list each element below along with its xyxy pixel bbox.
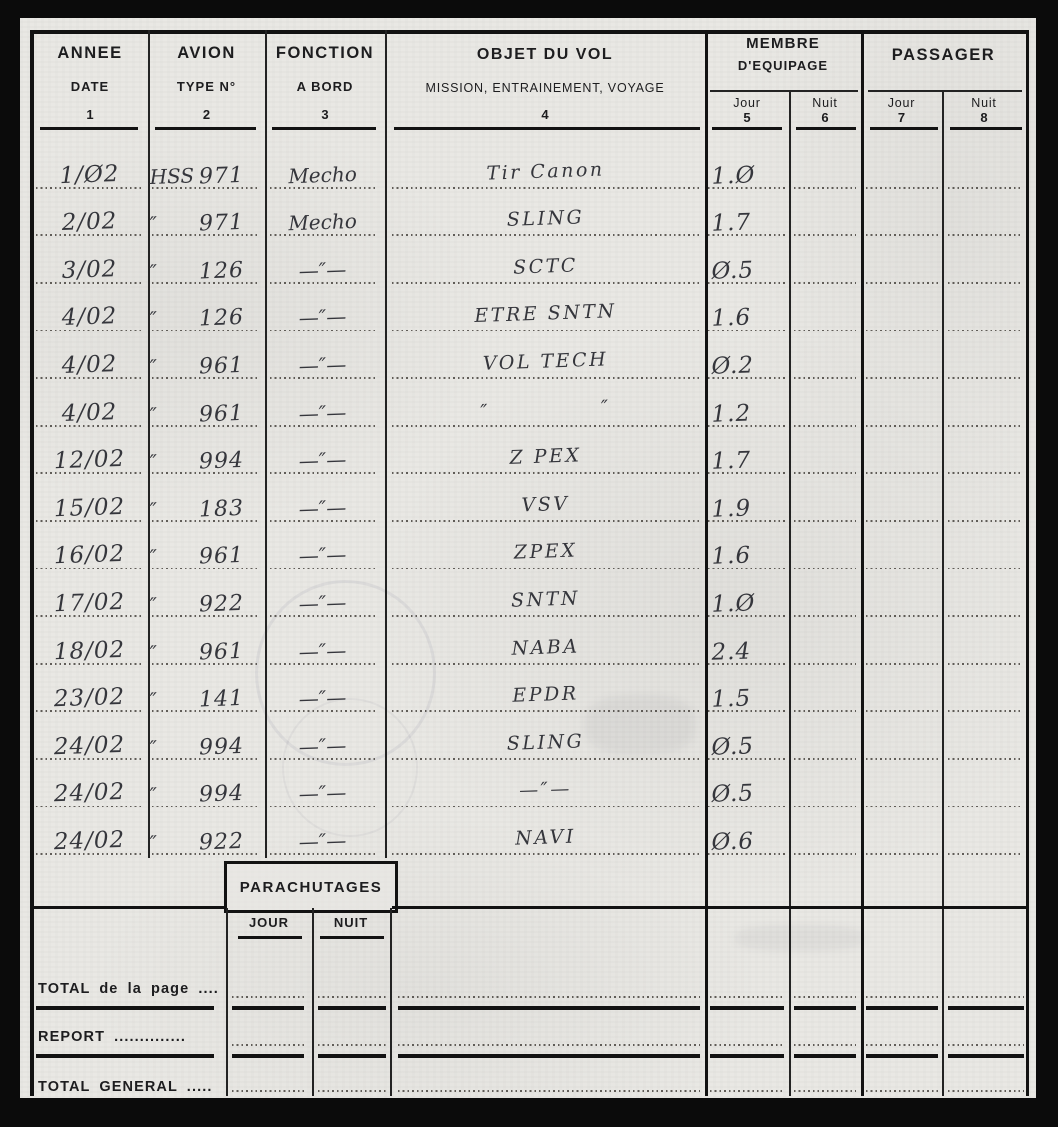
dotted-line bbox=[232, 996, 304, 998]
crew-day-hours: Ø.2 bbox=[705, 351, 796, 380]
aircraft-number: 922 bbox=[183, 828, 260, 856]
scanned-logbook-page: ANNEE DATE 1 AVION TYPE N° 2 FONCTION A … bbox=[0, 0, 1058, 1127]
aircraft-number: 961 bbox=[183, 638, 260, 666]
logbook-row: 24/02 ″ 994 —″— —″— Ø.5 bbox=[0, 764, 1058, 812]
dotted-line bbox=[948, 425, 1022, 427]
dotted-line bbox=[948, 234, 1022, 236]
header-rule bbox=[272, 127, 376, 130]
dotted-line bbox=[794, 282, 856, 284]
dotted-line bbox=[710, 1044, 784, 1046]
report-label: REPORT .............. bbox=[38, 1030, 228, 1046]
total-rule bbox=[794, 1006, 856, 1010]
dotted-line bbox=[392, 234, 700, 236]
dotted-line bbox=[392, 758, 700, 760]
aircraft-number: 971 bbox=[183, 210, 260, 238]
dotted-line bbox=[866, 377, 938, 379]
col4-number: 4 bbox=[385, 108, 705, 122]
dotted-line bbox=[392, 282, 700, 284]
dotted-line bbox=[318, 996, 386, 998]
aircraft-type: ″ bbox=[149, 212, 157, 236]
crew-day-hours: 2.4 bbox=[705, 636, 796, 665]
dotted-line bbox=[948, 330, 1022, 332]
aircraft-type: ″ bbox=[149, 498, 157, 522]
crew-day-hours: 1.7 bbox=[705, 446, 796, 475]
crew-day-hours: Ø.6 bbox=[705, 827, 796, 856]
total-rule bbox=[232, 1006, 304, 1010]
dotted-line bbox=[232, 1090, 304, 1092]
table-top-border bbox=[32, 30, 1028, 34]
footer-top-rule bbox=[392, 906, 1026, 909]
aircraft-type: ″ bbox=[149, 688, 157, 712]
dotted-line bbox=[794, 996, 856, 998]
total-general-label: TOTAL GENERAL ..... bbox=[38, 1080, 238, 1096]
dotted-line bbox=[948, 377, 1022, 379]
aircraft-number: 994 bbox=[183, 733, 260, 761]
aircraft-number: 994 bbox=[183, 448, 260, 476]
dotted-line bbox=[318, 1090, 386, 1092]
dotted-line bbox=[866, 568, 938, 570]
dotted-line bbox=[866, 710, 938, 712]
dotted-line bbox=[866, 806, 938, 808]
flight-date: 15/02 bbox=[33, 493, 146, 523]
col4-subtitle: MISSION, ENTRAINEMENT, VOYAGE bbox=[385, 82, 705, 96]
flight-date: 24/02 bbox=[33, 778, 146, 808]
function-aboard: Mecho bbox=[265, 208, 380, 236]
dotted-line bbox=[318, 1044, 386, 1046]
parachute-column-line bbox=[390, 908, 392, 1096]
crew-day-hours: 1.6 bbox=[705, 303, 796, 332]
total-rule bbox=[948, 1054, 1024, 1058]
aircraft-number: 994 bbox=[183, 781, 260, 809]
flight-mission: EPDR bbox=[389, 678, 702, 711]
aircraft-number: 961 bbox=[183, 543, 260, 571]
flight-date: 2/02 bbox=[33, 207, 146, 237]
dotted-line bbox=[948, 663, 1022, 665]
dotted-line bbox=[948, 520, 1022, 522]
crew-day-hours: 1.6 bbox=[705, 541, 796, 570]
aircraft-type: ″ bbox=[149, 545, 157, 569]
crew-day-hours: Ø.5 bbox=[705, 732, 796, 761]
dotted-line bbox=[866, 234, 938, 236]
total-rule bbox=[398, 1054, 700, 1058]
dotted-line bbox=[398, 996, 700, 998]
logbook-row: 24/02 ″ 922 —″— NAVI Ø.6 bbox=[0, 811, 1058, 859]
flight-mission: SLING bbox=[389, 726, 702, 759]
dotted-line bbox=[866, 853, 938, 855]
function-aboard: —″— bbox=[265, 351, 380, 379]
aircraft-number: 141 bbox=[183, 686, 260, 714]
function-aboard: —″— bbox=[265, 399, 380, 427]
aircraft-number: 922 bbox=[183, 590, 260, 618]
dotted-line bbox=[794, 1090, 856, 1092]
dotted-line bbox=[392, 663, 700, 665]
aircraft-type: ″ bbox=[149, 260, 157, 284]
header-rule bbox=[40, 127, 138, 130]
logbook-row: 23/02 ″ 141 —″— EPDR 1.5 bbox=[0, 669, 1058, 717]
aircraft-type: ″ bbox=[149, 736, 157, 760]
dotted-line bbox=[948, 710, 1022, 712]
dotted-line bbox=[794, 806, 856, 808]
logbook-row: 2/02 ″ 971 Mecho SLING 1.7 bbox=[0, 193, 1058, 241]
dotted-line bbox=[948, 187, 1022, 189]
col4-title: OBJET DU VOL bbox=[385, 46, 705, 64]
function-aboard: —″— bbox=[265, 303, 380, 331]
aircraft-number: 183 bbox=[183, 495, 260, 523]
function-aboard: —″— bbox=[265, 779, 380, 807]
dotted-line bbox=[866, 330, 938, 332]
col1-title: ANNEE bbox=[32, 44, 148, 62]
logbook-row: 4/02 ″ 961 —″— VOL TECH Ø.2 bbox=[0, 335, 1058, 383]
function-aboard: —″— bbox=[265, 256, 380, 284]
dotted-line bbox=[866, 187, 938, 189]
flight-date: 24/02 bbox=[33, 731, 146, 761]
dotted-line bbox=[398, 1044, 700, 1046]
membre-nuit-label: Nuit bbox=[789, 97, 861, 111]
logbook-row: 24/02 ″ 994 —″— SLING Ø.5 bbox=[0, 716, 1058, 764]
crew-day-hours: 1.Ø bbox=[705, 160, 796, 189]
flight-date: 17/02 bbox=[33, 588, 146, 618]
aircraft-type: ″ bbox=[149, 640, 157, 664]
dotted-line bbox=[794, 758, 856, 760]
dotted-line bbox=[794, 568, 856, 570]
dotted-line bbox=[794, 1044, 856, 1046]
col2-title: AVION bbox=[148, 44, 265, 62]
parachute-column-line bbox=[226, 908, 228, 1096]
dotted-line bbox=[866, 1090, 938, 1092]
parachute-nuit-rule bbox=[320, 936, 384, 939]
aircraft-type: ″ bbox=[149, 402, 157, 426]
total-rule bbox=[710, 1054, 784, 1058]
flight-date: 16/02 bbox=[33, 540, 146, 570]
parachute-jour-label: JOUR bbox=[226, 916, 312, 930]
flight-mission: Z PEX bbox=[389, 440, 702, 473]
function-aboard: —″— bbox=[265, 732, 380, 760]
flight-date: 1/Ø2 bbox=[33, 160, 146, 190]
logbook-row: 17/02 ″ 922 —″— SNTN 1.Ø bbox=[0, 573, 1058, 621]
dotted-line bbox=[948, 282, 1022, 284]
flight-mission: ″ ″ bbox=[389, 393, 702, 426]
col1-subtitle: DATE bbox=[32, 80, 148, 94]
dotted-line bbox=[710, 1090, 784, 1092]
flight-mission: Tir Canon bbox=[389, 155, 702, 188]
function-aboard: —″— bbox=[265, 637, 380, 665]
header-rule bbox=[712, 127, 782, 130]
flight-mission: —″— bbox=[389, 774, 702, 807]
aircraft-type: ″ bbox=[149, 307, 157, 331]
dotted-line bbox=[948, 472, 1022, 474]
dotted-line bbox=[392, 377, 700, 379]
dotted-line bbox=[948, 568, 1022, 570]
aircraft-type: ″ bbox=[149, 831, 157, 855]
membre-jour-number: 5 bbox=[705, 111, 789, 125]
dotted-line bbox=[794, 472, 856, 474]
dotted-line bbox=[948, 1090, 1024, 1092]
flight-date: 4/02 bbox=[33, 398, 146, 428]
flight-mission: VOL TECH bbox=[389, 345, 702, 378]
dotted-line bbox=[948, 615, 1022, 617]
passager-jour-number: 7 bbox=[861, 111, 942, 125]
parachute-nuit-label: NUIT bbox=[312, 916, 390, 930]
flight-date: 4/02 bbox=[33, 350, 146, 380]
function-aboard: —″— bbox=[265, 827, 380, 855]
aircraft-type: ″ bbox=[149, 593, 157, 617]
logbook-row: 18/02 ″ 961 —″— NABA 2.4 bbox=[0, 621, 1058, 669]
dotted-line bbox=[866, 282, 938, 284]
total-rule bbox=[232, 1054, 304, 1058]
membre-underline bbox=[710, 90, 858, 92]
logbook-row: 15/02 ″ 183 —″— VSV 1.9 bbox=[0, 478, 1058, 526]
logbook-row: 4/02 ″ 961 —″— ″ ″ 1.2 bbox=[0, 383, 1058, 431]
flight-date: 18/02 bbox=[33, 636, 146, 666]
dotted-line bbox=[866, 472, 938, 474]
aircraft-type: ″ bbox=[149, 355, 157, 379]
col3-number: 3 bbox=[265, 108, 385, 122]
logbook-row: 1/Ø2 HSS 971 Mecho Tir Canon 1.Ø bbox=[0, 145, 1058, 193]
crew-day-hours: Ø.5 bbox=[705, 779, 796, 808]
passager-nuit-number: 8 bbox=[942, 111, 1026, 125]
flight-date: 4/02 bbox=[33, 302, 146, 332]
total-rule bbox=[318, 1006, 386, 1010]
dotted-line bbox=[794, 330, 856, 332]
dotted-line bbox=[794, 377, 856, 379]
membre-title-line2: D'EQUIPAGE bbox=[705, 59, 861, 73]
parachute-jour-rule bbox=[238, 936, 302, 939]
dotted-line bbox=[392, 806, 700, 808]
col1-number: 1 bbox=[32, 108, 148, 122]
total-rule bbox=[866, 1054, 938, 1058]
flight-mission: VSV bbox=[389, 488, 702, 521]
aircraft-number: 961 bbox=[183, 352, 260, 380]
dotted-line bbox=[392, 425, 700, 427]
function-aboard: —″— bbox=[265, 494, 380, 522]
total-rule bbox=[710, 1006, 784, 1010]
dotted-line bbox=[392, 472, 700, 474]
membre-title-line1: MEMBRE bbox=[705, 36, 861, 53]
parachutages-box: PARACHUTAGES bbox=[224, 861, 398, 913]
total-rule bbox=[318, 1054, 386, 1058]
dotted-line bbox=[794, 710, 856, 712]
crew-day-hours: 1.9 bbox=[705, 494, 796, 523]
logbook-row: 4/02 ″ 126 —″— ETRE SNTN 1.6 bbox=[0, 288, 1058, 336]
logbook-row: 16/02 ″ 961 —″— ZPEX 1.6 bbox=[0, 526, 1058, 574]
dotted-line bbox=[948, 758, 1022, 760]
aircraft-number: 961 bbox=[183, 400, 260, 428]
crew-day-hours: 1.2 bbox=[705, 398, 796, 427]
dotted-line bbox=[794, 615, 856, 617]
dotted-line bbox=[948, 806, 1022, 808]
membre-nuit-number: 6 bbox=[789, 111, 861, 125]
dotted-line bbox=[866, 615, 938, 617]
header-rule bbox=[394, 127, 700, 130]
aircraft-number: 126 bbox=[183, 305, 260, 333]
dotted-line bbox=[232, 1044, 304, 1046]
dotted-line bbox=[866, 520, 938, 522]
total-rule bbox=[948, 1006, 1024, 1010]
dotted-line bbox=[794, 425, 856, 427]
flight-date: 24/02 bbox=[33, 826, 146, 856]
dotted-line bbox=[948, 996, 1024, 998]
total-rule bbox=[866, 1006, 938, 1010]
aircraft-type: ″ bbox=[149, 783, 157, 807]
dotted-line bbox=[794, 663, 856, 665]
aircraft-number: 126 bbox=[183, 257, 260, 285]
dotted-line bbox=[392, 853, 700, 855]
parachute-column-line bbox=[312, 908, 314, 1096]
dotted-line bbox=[392, 615, 700, 617]
function-aboard: Mecho bbox=[265, 161, 380, 189]
footer-top-rule bbox=[32, 906, 224, 909]
dotted-line bbox=[948, 853, 1022, 855]
total-rule bbox=[36, 1006, 214, 1010]
col2-subtitle: TYPE N° bbox=[148, 80, 265, 94]
header-rule bbox=[870, 127, 938, 130]
flight-mission: SNTN bbox=[389, 583, 702, 616]
aircraft-type: ″ bbox=[149, 450, 157, 474]
dotted-line bbox=[794, 853, 856, 855]
flight-date: 3/02 bbox=[33, 255, 146, 285]
total-rule bbox=[794, 1054, 856, 1058]
flight-date: 23/02 bbox=[33, 683, 146, 713]
crew-day-hours: 1.5 bbox=[705, 684, 796, 713]
crew-day-hours: 1.7 bbox=[705, 208, 796, 237]
dotted-line bbox=[794, 234, 856, 236]
function-aboard: —″— bbox=[265, 446, 380, 474]
flight-mission: ZPEX bbox=[389, 536, 702, 569]
passager-underline bbox=[868, 90, 1022, 92]
function-aboard: —″— bbox=[265, 541, 380, 569]
dotted-line bbox=[866, 996, 938, 998]
flight-mission: ETRE SNTN bbox=[389, 298, 702, 331]
parachutages-label: PARACHUTAGES bbox=[240, 879, 382, 896]
logbook-row: 3/02 ″ 126 —″— SCTC Ø.5 bbox=[0, 240, 1058, 288]
dotted-line bbox=[866, 1044, 938, 1046]
dotted-line bbox=[392, 187, 700, 189]
dotted-line bbox=[866, 425, 938, 427]
dotted-line bbox=[866, 663, 938, 665]
col3-title: FONCTION bbox=[265, 44, 385, 62]
function-aboard: —″— bbox=[265, 684, 380, 712]
passager-jour-label: Jour bbox=[861, 97, 942, 111]
total-rule bbox=[398, 1006, 700, 1010]
dotted-line bbox=[392, 568, 700, 570]
header-rule bbox=[155, 127, 256, 130]
dotted-line bbox=[392, 330, 700, 332]
flight-mission: NABA bbox=[389, 631, 702, 664]
membre-jour-label: Jour bbox=[705, 97, 789, 111]
total-rule bbox=[36, 1054, 214, 1058]
flight-mission: NAVI bbox=[389, 821, 702, 854]
dotted-line bbox=[866, 758, 938, 760]
header-rule bbox=[950, 127, 1022, 130]
function-aboard: —″— bbox=[265, 589, 380, 617]
col3-subtitle: A BORD bbox=[265, 80, 385, 94]
flight-mission: SCTC bbox=[389, 250, 702, 283]
crew-day-hours: 1.Ø bbox=[705, 589, 796, 618]
aircraft-number: 971 bbox=[183, 162, 260, 190]
total-page-label: TOTAL de la page .... bbox=[38, 982, 228, 998]
header-rule bbox=[796, 127, 856, 130]
flight-date: 12/02 bbox=[33, 445, 146, 475]
dotted-line bbox=[710, 996, 784, 998]
crew-day-hours: Ø.5 bbox=[705, 256, 796, 285]
dotted-line bbox=[392, 710, 700, 712]
flight-mission: SLING bbox=[389, 202, 702, 235]
ink-bleed-smudge bbox=[735, 925, 865, 951]
passager-nuit-label: Nuit bbox=[942, 97, 1026, 111]
dotted-line bbox=[398, 1090, 700, 1092]
col2-number: 2 bbox=[148, 108, 265, 122]
dotted-line bbox=[392, 520, 700, 522]
logbook-row: 12/02 ″ 994 —″— Z PEX 1.7 bbox=[0, 431, 1058, 479]
dotted-line bbox=[948, 1044, 1024, 1046]
dotted-line bbox=[794, 520, 856, 522]
dotted-line bbox=[794, 187, 856, 189]
passager-title: PASSAGER bbox=[861, 46, 1026, 64]
